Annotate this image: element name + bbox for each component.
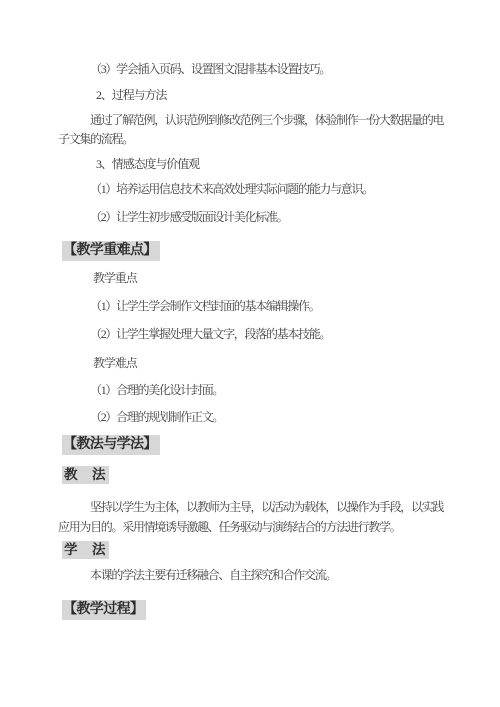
paragraph-line: 本课的学法主要有迁移融合、自主探究和合作交流。 (90, 568, 336, 583)
numbered-item: （1）让学生学会制作文档封面的基本编辑操作。 (90, 299, 319, 314)
teaching-method-label: 教 法 (62, 466, 109, 484)
learning-method-label: 学 法 (62, 541, 109, 559)
section-heading-key-points: 【教学重难点】 (62, 241, 160, 261)
sub-heading: 教学难点 (93, 356, 137, 371)
sub-heading: 2、过程与方法 (96, 88, 166, 103)
document-page: （3）学会插入页码、设置图文混排基本设置技巧。 2、过程与方法 通过了解范例，认… (0, 0, 500, 707)
paragraph-line: 应用为目的。采用情境诱导激趣、任务驱动与演练结合的方法进行教学。 (58, 520, 400, 535)
section-heading-teaching-methods: 【教法与学法】 (62, 435, 160, 455)
numbered-item: （1）培养运用信息技术来高效处理实际问题的能力与意识。 (90, 182, 373, 197)
paragraph-line: 子文集的流程。 (58, 132, 133, 147)
section-heading-teaching-process: 【教学过程】 (62, 600, 146, 620)
paragraph-line: 通过了解范例，认识范例到修改范例三个步骤，体验制作一份大数据量的电 (90, 113, 443, 128)
numbered-item: （2）让学生掌握处理大量文字，段落的基本技能。 (90, 327, 330, 342)
numbered-item: （1）合理的美化设计封面。 (90, 383, 223, 398)
sub-heading: 教学重点 (93, 271, 137, 286)
numbered-item: （2）合理的规划制作正文。 (90, 410, 223, 425)
numbered-item: （2）让学生初步感受版面设计美化标准。 (90, 210, 287, 225)
paragraph-line: 坚持以学生为主体，以教师为主导，以活动为载体，以操作为手段，以实践 (90, 500, 443, 515)
sub-heading: 3、情感态度与价值观 (96, 157, 199, 172)
numbered-item: （3）学会插入页码、设置图文混排基本设置技巧。 (90, 62, 330, 77)
